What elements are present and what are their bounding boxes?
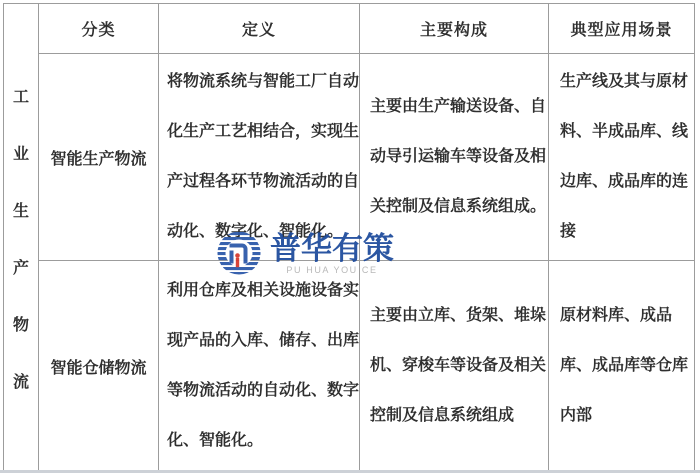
text-line: 原材料库、成品 <box>560 291 692 341</box>
text-line: 边库、成品库的连 <box>560 157 692 207</box>
text-line: 化生产工艺相结合，实现生 <box>167 107 357 157</box>
vertical-category-label: 工 业 生 产 物 流 <box>4 4 38 471</box>
text-line: 主要由生产输送设备、自 <box>370 82 546 132</box>
row1-definition: 将物流系统与智能工厂自动 化生产工艺相结合，实现生 产过程各环节物流活动的自 动… <box>158 53 359 260</box>
text-line: 主要由立库、货架、堆垛 <box>370 291 546 341</box>
row1-classification: 智能生产物流 <box>38 53 158 260</box>
row1-scenario: 生产线及其与原材 料、半成品库、线 边库、成品库的连 接 <box>548 53 694 260</box>
text-line: 动化、数字化、智能化。 <box>167 207 357 257</box>
text-line: 关控制及信息系统组成。 <box>370 182 546 232</box>
row2-scenario: 原材料库、成品 库、成品库等仓库 内部 <box>548 260 694 471</box>
vertical-char: 业 <box>13 141 29 164</box>
text-line: 化、智能化。 <box>167 416 357 466</box>
header-scenario: 典型应用场景 <box>548 4 694 53</box>
text-line: 现产品的入库、储存、出库 <box>167 316 357 366</box>
row2-classification: 智能仓储物流 <box>38 260 158 471</box>
row2-composition: 主要由立库、货架、堆垛 机、穿梭车等设备及相关 控制及信息系统组成 <box>359 260 548 471</box>
text-line: 动导引运输车等设备及相 <box>370 132 546 182</box>
text-line: 产过程各环节物流活动的自 <box>167 157 357 207</box>
text-line: 机、穿梭车等设备及相关 <box>370 341 546 391</box>
row2-definition: 利用仓库及相关设施设备实 现产品的入库、储存、出库 等物流活动的自动化、数字 化… <box>158 260 359 471</box>
header-definition: 定义 <box>158 4 359 53</box>
vertical-char: 流 <box>13 369 29 392</box>
text-line: 将物流系统与智能工厂自动 <box>167 57 357 107</box>
vertical-char: 生 <box>13 198 29 221</box>
text-line: 等物流活动的自动化、数字 <box>167 366 357 416</box>
text-line: 接 <box>560 207 692 257</box>
bottom-divider <box>0 470 700 473</box>
header-classification: 分类 <box>38 4 158 53</box>
industrial-logistics-table: 工 业 生 产 物 流 分类 定义 主要构成 典型应用场景 智能生产物流 将物流… <box>3 3 695 472</box>
page: 工 业 生 产 物 流 分类 定义 主要构成 典型应用场景 智能生产物流 将物流… <box>0 0 700 475</box>
vertical-char: 物 <box>13 312 29 335</box>
vertical-char: 工 <box>13 84 29 107</box>
text-line: 生产线及其与原材 <box>560 57 692 107</box>
text-line: 料、半成品库、线 <box>560 107 692 157</box>
text-line: 内部 <box>560 391 692 441</box>
text-line: 控制及信息系统组成 <box>370 391 546 441</box>
row1-composition: 主要由生产输送设备、自 动导引运输车等设备及相 关控制及信息系统组成。 <box>359 53 548 260</box>
vertical-char: 产 <box>13 255 29 278</box>
text-line: 利用仓库及相关设施设备实 <box>167 266 357 316</box>
text-line: 库、成品库等仓库 <box>560 341 692 391</box>
header-composition: 主要构成 <box>359 4 548 53</box>
